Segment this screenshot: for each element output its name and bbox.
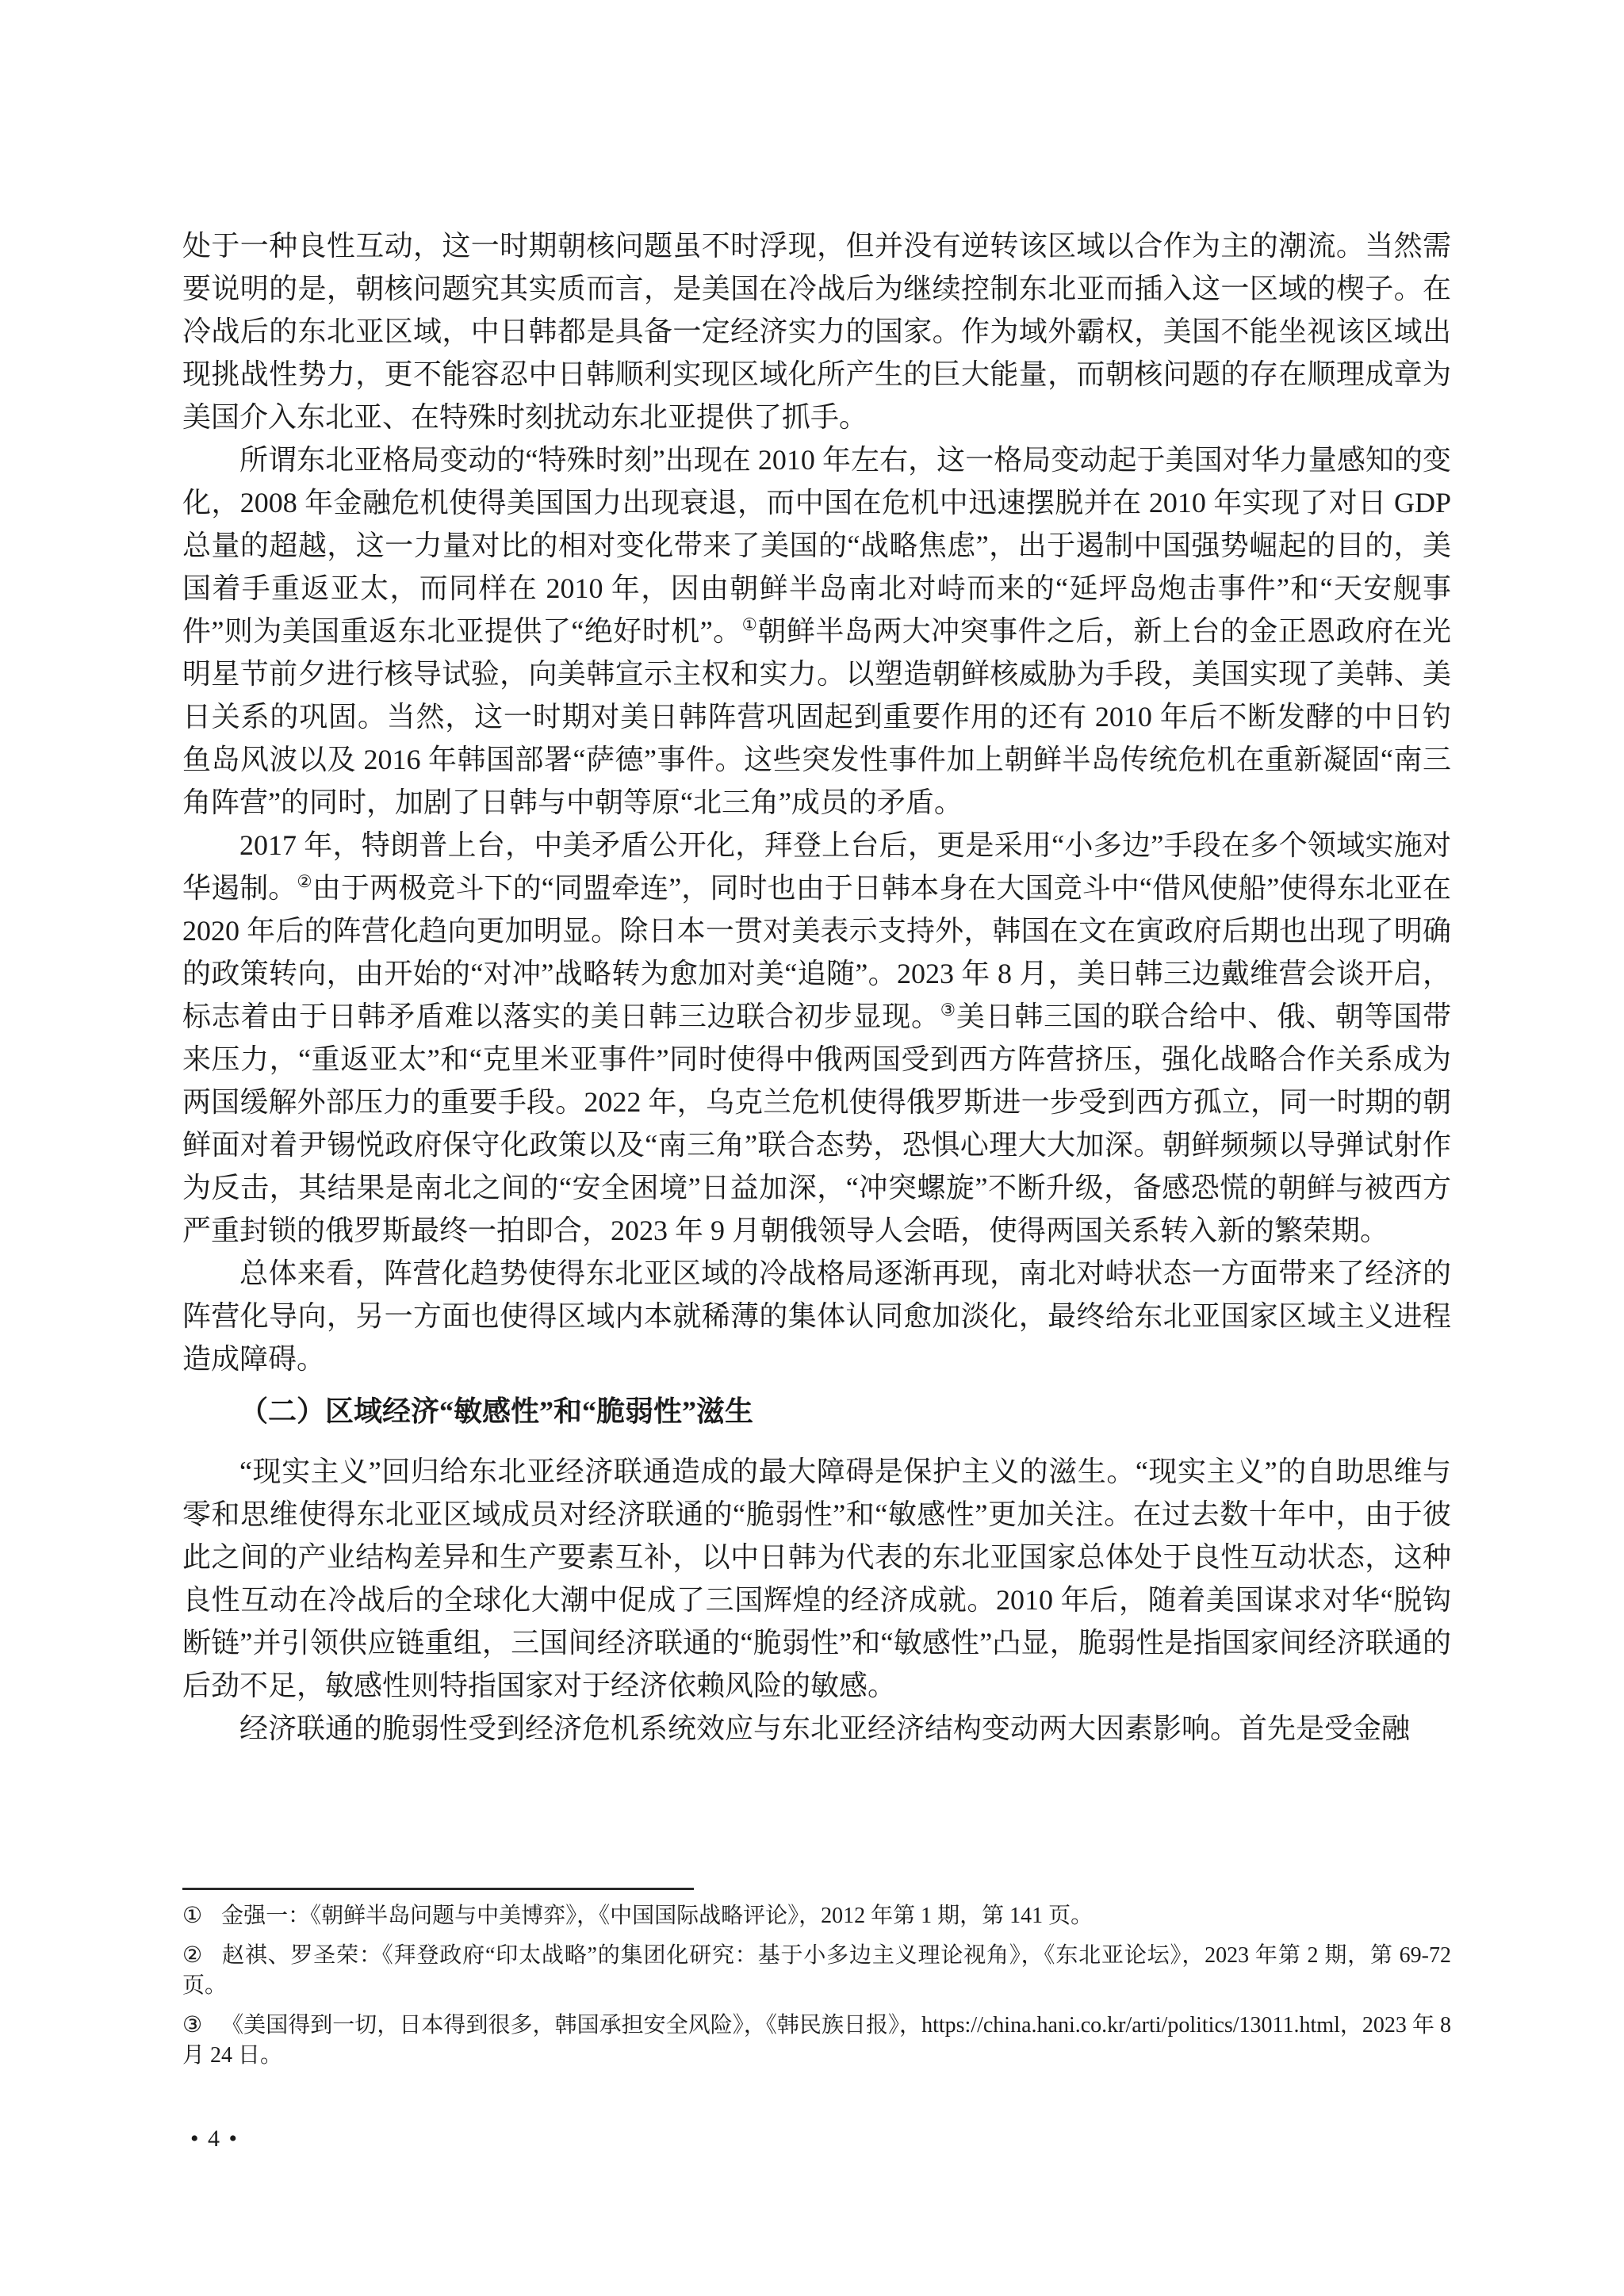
- page-number: • 4 •: [190, 2125, 239, 2153]
- section-heading: （二）区域经济“敏感性”和“脆弱性”滋生: [182, 1390, 1451, 1433]
- paragraph-text: 美日韩三国的联合给中、俄、朝等国带来压力，“重返亚太”和“克里米亚事件”同时使得…: [182, 1001, 1451, 1246]
- paragraph-text: “现实主义”回归给东北亚经济联通造成的最大障碍是保护主义的滋生。“现实主义”的自…: [182, 1456, 1451, 1701]
- footnote-ref: ③: [940, 1001, 956, 1020]
- document-page: 处于一种良性互动，这一时期朝核问题虽不时浮现，但并没有逆转该区域以合作为主的潮流…: [0, 0, 1624, 2296]
- body-paragraph: “现实主义”回归给东北亚经济联通造成的最大障碍是保护主义的滋生。“现实主义”的自…: [182, 1450, 1451, 1707]
- footnote-item: ②赵祺、罗圣荣：《拜登政府“印太战略”的集团化研究：基于小多边主义理论视角》，《…: [182, 1941, 1451, 2001]
- footnote-text: 金强一：《朝鲜半岛问题与中美博弈》，《中国国际战略评论》，2012 年第 1 期…: [221, 1904, 1093, 1928]
- footnote-text: 《美国得到一切，日本得到很多，韩国承担安全风险》，《韩民族日报》，https:/…: [182, 2013, 1451, 2068]
- body-paragraph: 经济联通的脆弱性受到经济危机系统效应与东北亚经济结构变动两大因素影响。首先是受金…: [182, 1707, 1451, 1750]
- body-paragraph: 总体来看，阵营化趋势使得东北亚区域的冷战格局逐渐再现，南北对峙状态一方面带来了经…: [182, 1252, 1451, 1380]
- footnote-marker: ②: [182, 1943, 203, 1968]
- paragraph-text: 经济联通的脆弱性受到经济危机系统效应与东北亚经济结构变动两大因素影响。首先是受金…: [239, 1712, 1410, 1744]
- footnote-text: 赵祺、罗圣荣：《拜登政府“印太战略”的集团化研究：基于小多边主义理论视角》，《东…: [182, 1943, 1451, 1998]
- footnote-ref: ①: [742, 615, 758, 634]
- footnote-marker: ③: [182, 2013, 202, 2038]
- footnote-ref: ②: [297, 872, 312, 891]
- footnote-marker: ①: [182, 1904, 202, 1928]
- footnote-item: ①金强一：《朝鲜半岛问题与中美博弈》，《中国国际战略评论》，2012 年第 1 …: [182, 1901, 1451, 1931]
- article-body: 处于一种良性互动，这一时期朝核问题虽不时浮现，但并没有逆转该区域以合作为主的潮流…: [182, 224, 1451, 1750]
- body-paragraph: 处于一种良性互动，这一时期朝核问题虽不时浮现，但并没有逆转该区域以合作为主的潮流…: [182, 224, 1451, 438]
- paragraph-text: （二）区域经济“敏感性”和“脆弱性”滋生: [239, 1395, 753, 1427]
- body-paragraph: 所谓东北亚格局变动的“特殊时刻”出现在 2010 年左右，这一格局变动起于美国对…: [182, 438, 1451, 824]
- paragraph-text: 总体来看，阵营化趋势使得东北亚区域的冷战格局逐渐再现，南北对峙状态一方面带来了经…: [182, 1257, 1451, 1375]
- footnote-item: ③《美国得到一切，日本得到很多，韩国承担安全风险》，《韩民族日报》，https:…: [182, 2011, 1451, 2071]
- paragraph-text: 处于一种良性互动，这一时期朝核问题虽不时浮现，但并没有逆转该区域以合作为主的潮流…: [182, 230, 1451, 433]
- footnote-separator: [182, 1888, 694, 1890]
- footnotes-section: ①金强一：《朝鲜半岛问题与中美博弈》，《中国国际战略评论》，2012 年第 1 …: [182, 1901, 1451, 2080]
- body-paragraph: 2017 年，特朗普上台，中美矛盾公开化，拜登上台后，更是采用“小多边”手段在多…: [182, 824, 1451, 1252]
